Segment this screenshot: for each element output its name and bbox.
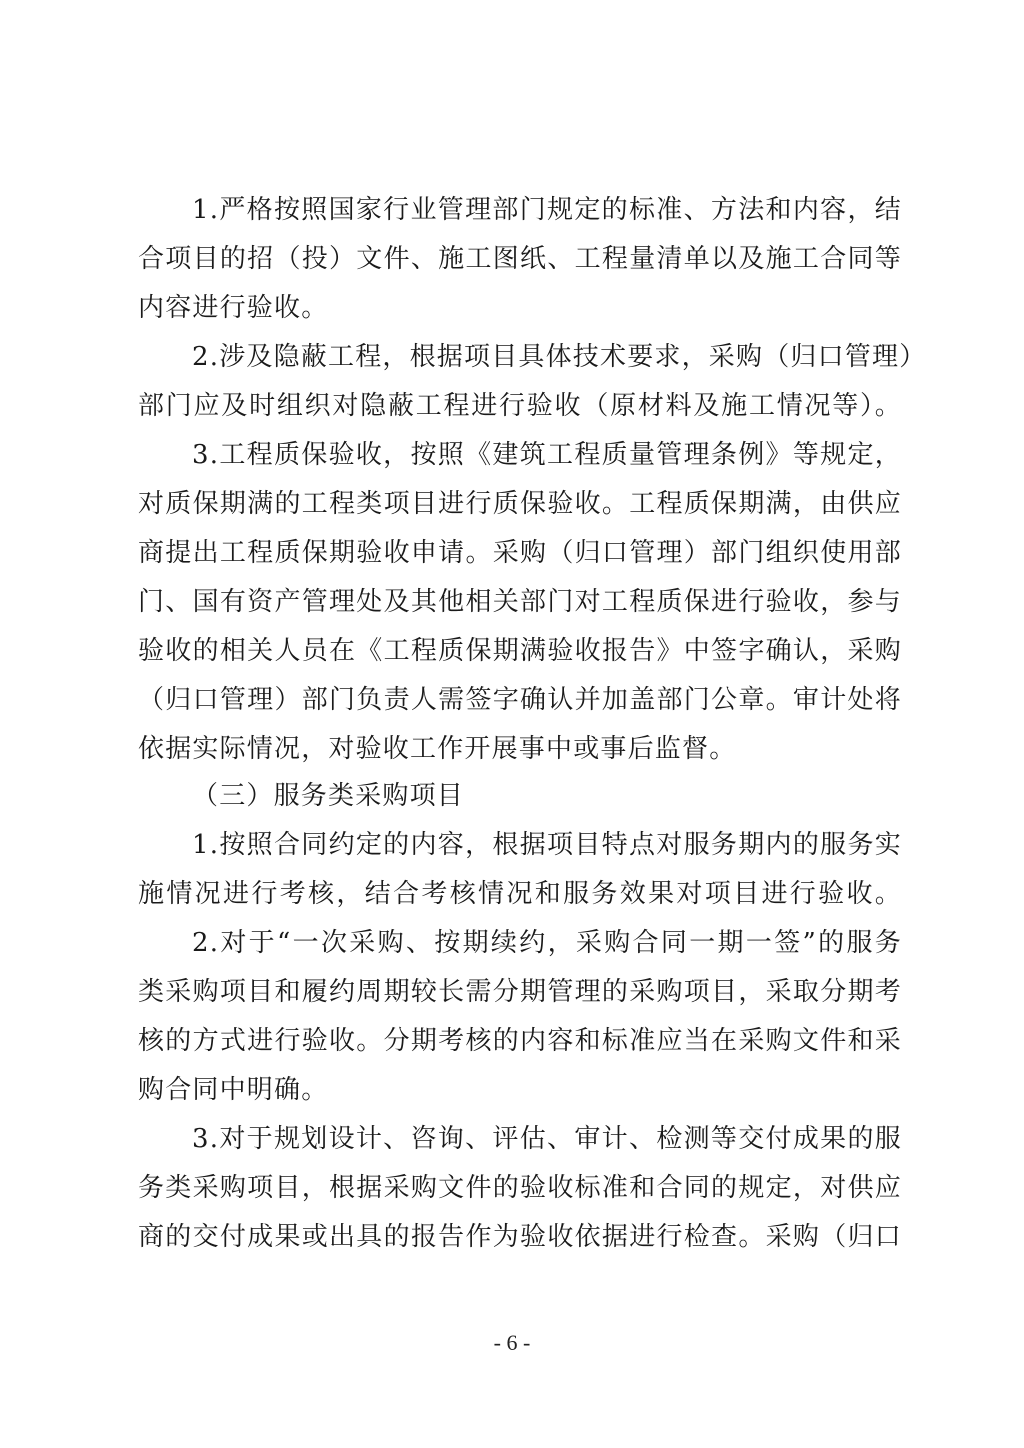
paragraph-line: 2.涉及隐蔽工程，根据项目具体技术要求，采购（归口管理）	[192, 337, 902, 377]
section-heading: （三）服务类采购项目	[192, 776, 592, 816]
paragraph-line: 2.对于“一次采购、按期续约，采购合同一期一签”的服务	[192, 923, 902, 963]
paragraph-line: 合项目的招（投）文件、施工图纸、工程量清单以及施工合同等	[138, 239, 902, 279]
paragraph-line: 门、国有资产管理处及其他相关部门对工程质保进行验收，参与	[138, 582, 902, 622]
paragraph-line: （归口管理）部门负责人需签字确认并加盖部门公章。审计处将	[138, 680, 902, 720]
paragraph-line: 内容进行验收。	[138, 288, 902, 328]
paragraph-line: 商提出工程质保期验收申请。采购（归口管理）部门组织使用部	[138, 533, 902, 573]
paragraph-line: 验收的相关人员在《工程质保期满验收报告》中签字确认，采购	[138, 631, 902, 671]
paragraph-line: 部门应及时组织对隐蔽工程进行验收（原材料及施工情况等）。	[138, 386, 902, 426]
document-page: 1.严格按照国家行业管理部门规定的标准、方法和内容，结 合项目的招（投）文件、施…	[0, 0, 1024, 1448]
paragraph-line: 1.按照合同约定的内容，根据项目特点对服务期内的服务实	[192, 825, 902, 865]
page-number: - 6 -	[0, 1328, 1024, 1358]
paragraph-line: 施情况进行考核，结合考核情况和服务效果对项目进行验收。	[138, 874, 902, 914]
paragraph-line: 对质保期满的工程类项目进行质保验收。工程质保期满，由供应	[138, 484, 902, 524]
paragraph-line: 商的交付成果或出具的报告作为验收依据进行检查。采购（归口	[138, 1217, 902, 1257]
paragraph-line: 3.对于规划设计、咨询、评估、审计、检测等交付成果的服	[192, 1119, 902, 1159]
paragraph-line: 务类采购项目，根据采购文件的验收标准和合同的规定，对供应	[138, 1168, 902, 1208]
paragraph-line: 核的方式进行验收。分期考核的内容和标准应当在采购文件和采	[138, 1021, 902, 1061]
paragraph-line: 类采购项目和履约周期较长需分期管理的采购项目，采取分期考	[138, 972, 902, 1012]
paragraph-line: 1.严格按照国家行业管理部门规定的标准、方法和内容，结	[192, 190, 902, 230]
paragraph-line: 购合同中明确。	[138, 1070, 902, 1110]
paragraph-line: 3.工程质保验收，按照《建筑工程质量管理条例》等规定，	[192, 435, 902, 475]
paragraph-line: 依据实际情况，对验收工作开展事中或事后监督。	[138, 729, 902, 769]
